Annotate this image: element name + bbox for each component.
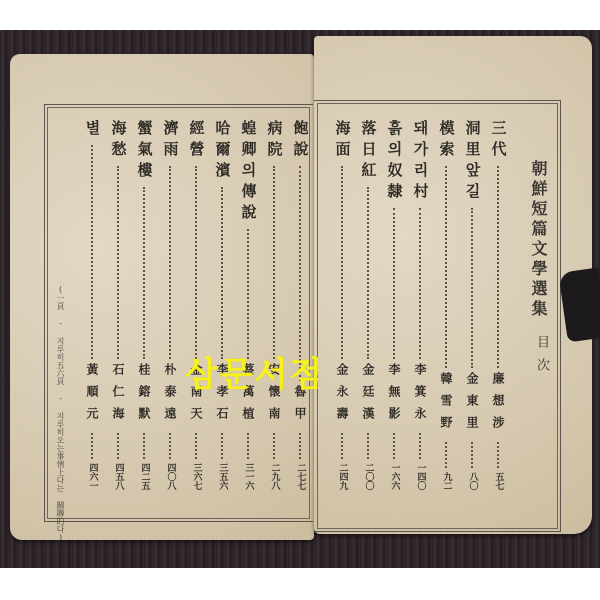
book-title: 朝鮮短篇文學選集 (528, 160, 550, 320)
toc-entry: 蝗卿의傳說蔡萬植三一六 (238, 120, 258, 490)
toc-entry: 哈爾濱李孝石三五六 (212, 120, 232, 490)
toc-entry-page: 三六七 (192, 463, 201, 490)
leader-dots (445, 442, 447, 468)
leader-dots (497, 166, 499, 368)
leader-dots (393, 433, 395, 459)
toc-entry-title: 돼가리村 (413, 120, 428, 204)
toc-entry-author: 黃順元 (86, 363, 98, 429)
toc-entry: 落日紅金廷漢二〇〇 (358, 120, 378, 490)
toc-entry: 海面金永壽二四九 (332, 120, 352, 490)
leader-dots (117, 166, 119, 359)
toc-entry-author: 金廷漢 (362, 363, 374, 429)
toc-entry: 模索韓雪野九二 (436, 120, 456, 490)
toc-entry-page: 二四九 (338, 463, 347, 490)
leader-dots (221, 187, 223, 359)
page-side-note: (一頁 - 지루히五六頁 - 지루히오는事情上다는 關聯的다) (55, 285, 66, 542)
toc-entry-page: 五七 (494, 472, 503, 490)
leader-dots (299, 433, 301, 459)
toc-entry: 三代廉想涉五七 (488, 120, 508, 490)
toc-entry-author: 廉想涉 (492, 372, 504, 438)
toc-entry-author: 桂鎔默 (138, 363, 150, 429)
toc-entry: 經營金南天三六七 (186, 120, 206, 490)
toc-entry-author: 韓雪野 (440, 372, 452, 438)
leader-dots (195, 433, 197, 459)
watermark: 삼문서점 (185, 347, 324, 396)
leader-dots (367, 187, 369, 359)
toc-entry-title: 模索 (439, 120, 454, 162)
leader-dots (419, 208, 421, 359)
leader-dots (367, 433, 369, 459)
toc-entry-author: 李無影 (388, 363, 400, 429)
toc-entry-title: 經營 (189, 120, 204, 162)
leader-dots (471, 442, 473, 468)
toc-entry-title: 飽說 (293, 120, 308, 162)
leader-dots (169, 433, 171, 459)
leader-dots (247, 229, 249, 359)
toc-entry: 病院安懷南二九八 (264, 120, 284, 490)
toc-entry-title: 病院 (267, 120, 282, 162)
toc-entry: 濟雨朴泰遠四〇八 (160, 120, 180, 490)
leader-dots (221, 433, 223, 459)
leader-dots (195, 166, 197, 359)
toc-entry-title: 蟹氣樓 (137, 120, 152, 183)
toc-entry-page: 二七七 (296, 463, 305, 490)
toc-entry-page: 三一六 (244, 463, 253, 490)
leader-dots (471, 208, 473, 368)
toc-entry-title: 흙의奴隸 (387, 120, 402, 204)
toc-entry: 蟹氣樓桂鎔默四二五 (134, 120, 154, 490)
toc-entry-title: 落日紅 (361, 120, 376, 183)
leader-dots (341, 433, 343, 459)
leader-dots (117, 433, 119, 459)
toc-entry-page: 四六一 (88, 463, 97, 490)
leader-dots (143, 433, 145, 459)
toc-entry-page: 四〇八 (166, 463, 175, 490)
toc-entry: 별黃順元四六一 (82, 120, 102, 490)
toc-entry-page: 九二 (442, 472, 451, 490)
toc-entry-page: 三五六 (218, 463, 227, 490)
toc-entry: 洞里앞길金東里八〇 (462, 120, 482, 490)
toc-entry-page: 四五八 (114, 463, 123, 490)
toc-entry-page: 一四〇 (416, 463, 425, 490)
leader-dots (497, 442, 499, 468)
toc-entry-title: 哈爾濱 (215, 120, 230, 183)
toc-entry: 흙의奴隸李無影一六六 (384, 120, 404, 490)
toc-label: 目次 (532, 335, 551, 381)
leader-dots (143, 187, 145, 359)
leader-dots (273, 166, 275, 359)
toc-entry-author: 朴泰遠 (164, 363, 176, 429)
toc-entry-title: 洞里앞길 (465, 120, 480, 204)
leader-dots (445, 166, 447, 368)
toc-entry-title: 三代 (491, 120, 506, 162)
leader-dots (91, 433, 93, 459)
leader-dots (247, 433, 249, 459)
toc-entry-author: 石仁海 (112, 363, 124, 429)
toc-entry-title: 별 (85, 120, 100, 141)
toc-entry: 돼가리村李箕永一四〇 (410, 120, 430, 490)
toc-entry-author: 金永壽 (336, 363, 348, 429)
toc-entry-title: 海愁 (111, 120, 126, 162)
toc-entry-author: 金東里 (466, 372, 478, 438)
toc-entry-title: 蝗卿의傳說 (241, 120, 256, 225)
leader-dots (419, 433, 421, 459)
toc-entry-page: 一六六 (390, 463, 399, 490)
toc-entry-title: 海面 (335, 120, 350, 162)
toc-entry-author: 李箕永 (414, 363, 426, 429)
toc-entry-page: 二〇〇 (364, 463, 373, 490)
toc-entry-page: 八〇 (468, 472, 477, 490)
leader-dots (341, 166, 343, 359)
leader-dots (91, 145, 93, 359)
toc-entry-page: 四二五 (140, 463, 149, 490)
toc-entry: 飽說魯甲二七七 (290, 120, 310, 490)
toc-entry-title: 濟雨 (163, 120, 178, 162)
leader-dots (393, 208, 395, 359)
leader-dots (273, 433, 275, 459)
leader-dots (169, 166, 171, 359)
toc-entry-page: 二九八 (270, 463, 279, 490)
toc-entry: 海愁石仁海四五八 (108, 120, 128, 490)
